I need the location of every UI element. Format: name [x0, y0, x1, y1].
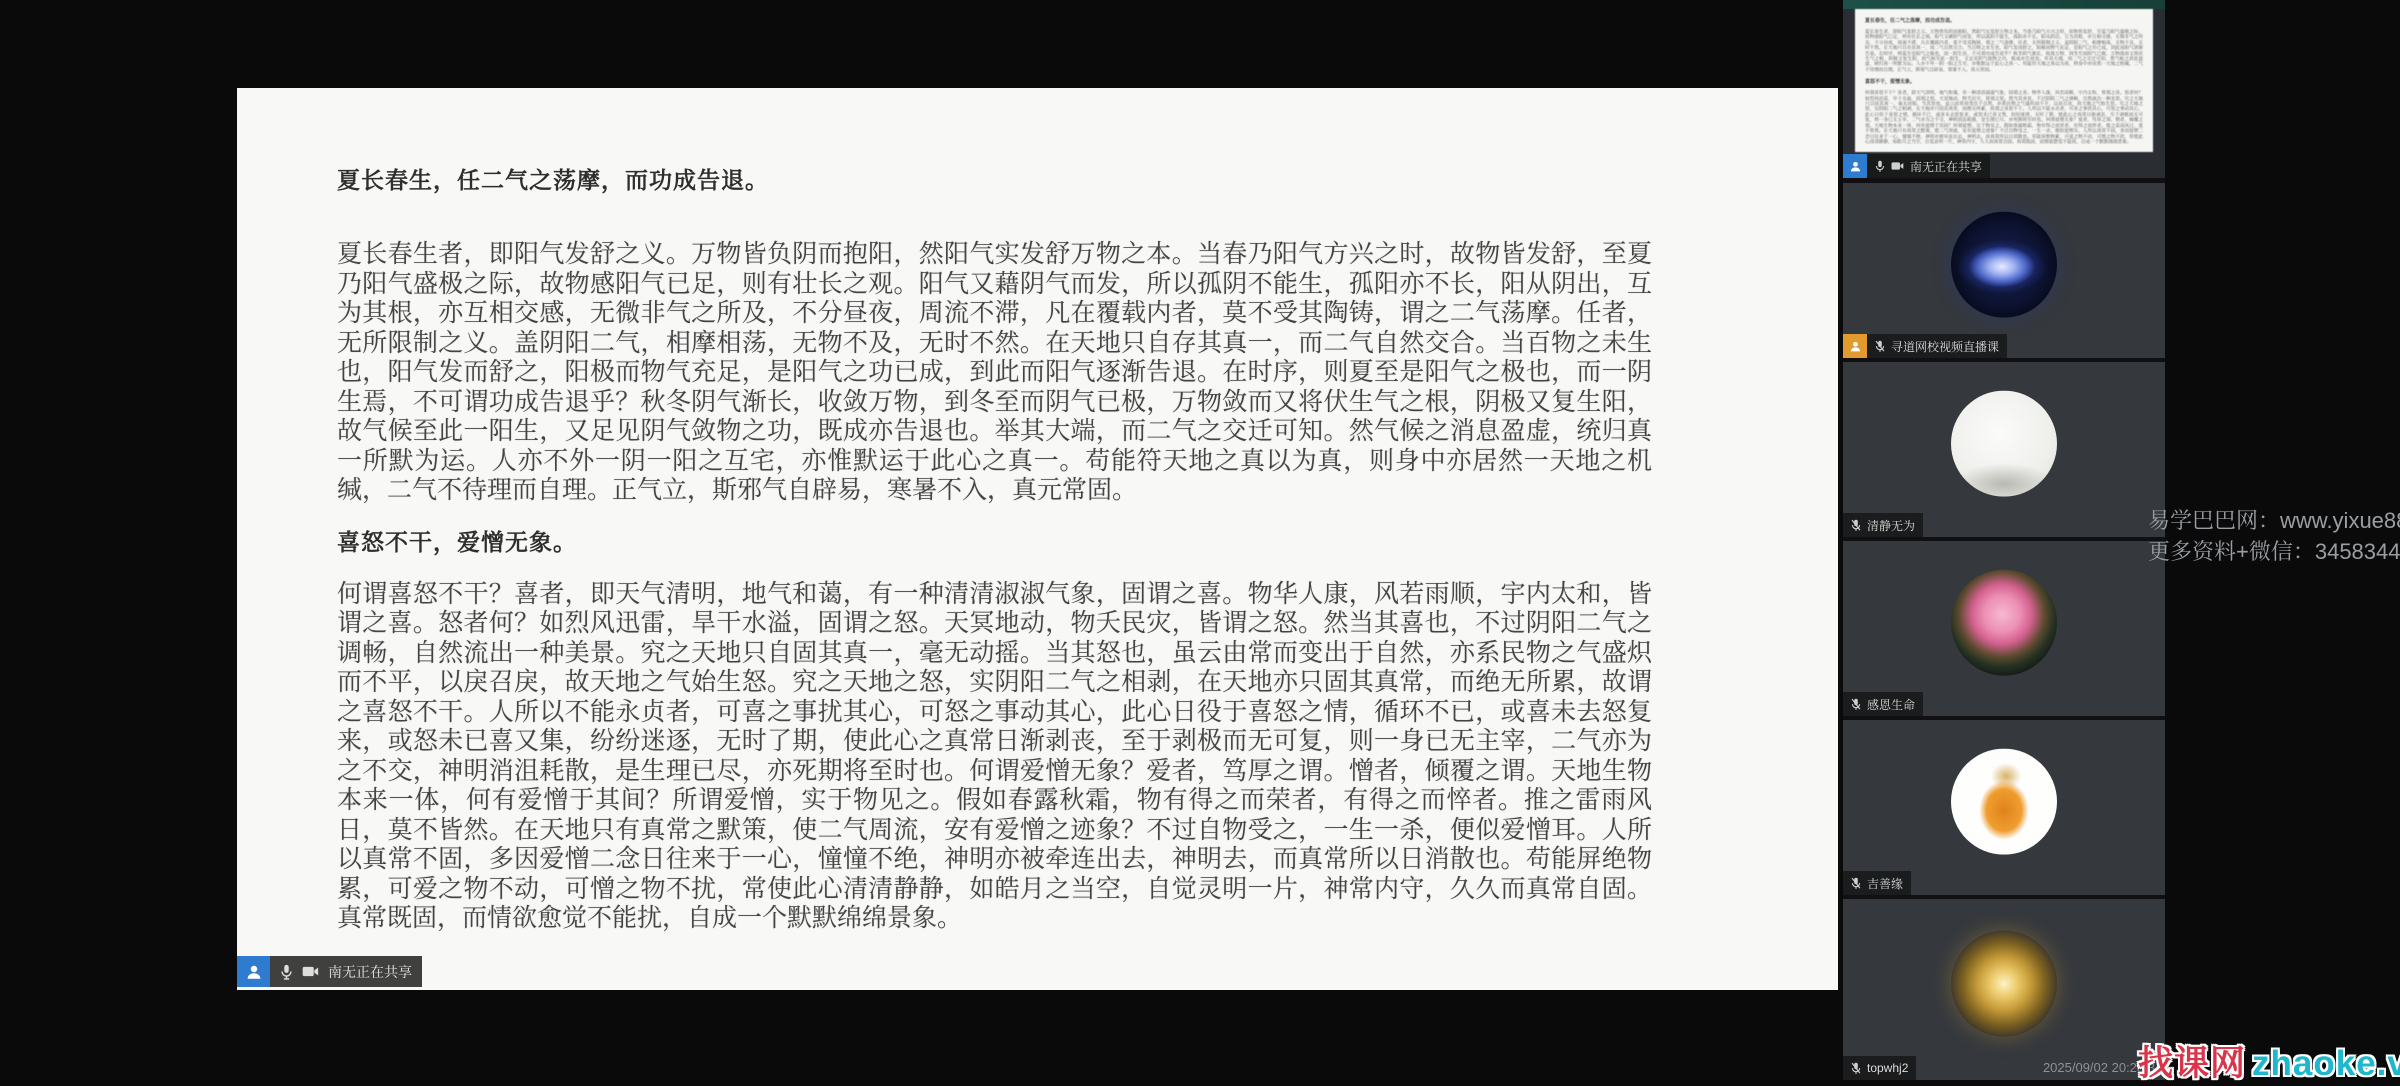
- doc-heading-2: 喜怒不干，爱憎无象。: [337, 528, 1652, 558]
- person-icon: [245, 963, 263, 981]
- shared-screen-thumbnail: 夏长春生，任二气之荡摩，而功成告退。 夏长春生者，即阳气发舒之义。万物皆负阴而抱…: [1855, 9, 2153, 152]
- participant-avatar: [1951, 748, 2057, 854]
- preview-presenter-tag: 南无正在共享: [1843, 154, 1990, 178]
- participant-name: topwhj2: [1867, 1061, 1908, 1075]
- participant-tile[interactable]: 清静无为: [1843, 362, 2165, 537]
- sharing-status-label: 南无正在共享: [328, 962, 412, 982]
- muted-mic-icon: [1851, 877, 1861, 890]
- shared-screen-preview-tile[interactable]: 夏长春生，任二气之荡摩，而功成告退。 夏长春生者，即阳气发舒之义。万物皆负阴而抱…: [1843, 0, 2165, 178]
- zhaoke-watermark-cn: 找课网: [2138, 1044, 2246, 1080]
- zhaoke-watermark: 找课网zhaoke.vip: [2138, 1036, 2400, 1080]
- preview-presenter-label: 南无正在共享: [1910, 158, 1982, 175]
- muted-mic-icon: [1875, 340, 1885, 353]
- participant-name: 吉善缘: [1867, 875, 1903, 892]
- participant-avatar: [1951, 211, 2057, 317]
- participant-tile[interactable]: 吉善缘: [1843, 720, 2165, 895]
- camera-icon: [302, 965, 319, 978]
- mini-paragraph-1: 夏长春生者，即阳气发舒之义。万物皆负阴而抱阳，然阳气实发舒万物之本。当春乃阳气方…: [1865, 29, 2143, 72]
- mini-heading-2: 喜怒不干，爱憎无象。: [1865, 78, 2143, 85]
- participant-name: 寻道网校视频直播课: [1891, 338, 1999, 355]
- preview-toolbar-strip: [1843, 0, 2165, 9]
- participant-tile[interactable]: 寻道网校视频直播课: [1843, 183, 2165, 358]
- presenter-status-bar[interactable]: 南无正在共享: [237, 956, 422, 987]
- camera-icon: [1891, 161, 1904, 171]
- microphone-icon: [280, 964, 293, 980]
- site-watermark: 易学巴巴网：www.yixue88.cn 更多资料+微信：3458344044: [2148, 505, 2400, 567]
- participant-name: 清静无为: [1867, 517, 1915, 534]
- person-icon: [1849, 160, 1862, 173]
- shared-screen-document: 夏长春生，任二气之荡摩，而功成告退。 夏长春生者，即阳气发舒之义。万物皆负阴而抱…: [237, 88, 1838, 990]
- participant-name: 感恩生命: [1867, 696, 1915, 713]
- mini-paragraph-2: 何谓喜怒不干？喜者，即天气清明，地气和蔼，有一种清清淑淑气象，固谓之喜。物华人康…: [1865, 90, 2143, 144]
- mini-heading-1: 夏长春生，任二气之荡摩，而功成告退。: [1865, 17, 2143, 24]
- presenter-badge: [1843, 154, 1867, 178]
- muted-mic-icon: [1851, 519, 1861, 532]
- person-icon: [1849, 340, 1862, 353]
- microphone-icon: [1875, 160, 1885, 173]
- participant-avatar: [1951, 569, 2057, 675]
- zhaoke-watermark-en: zhaoke.vip: [2252, 1044, 2400, 1080]
- muted-mic-icon: [1851, 698, 1861, 711]
- doc-paragraph-2: 何谓喜怒不干？喜者，即天气清明，地气和蔼，有一种清清淑淑气象，固谓之喜。物华人康…: [337, 580, 1652, 934]
- participant-avatar: [1951, 930, 2057, 1036]
- doc-paragraph-1: 夏长春生者，即阳气发舒之义。万物皆负阴而抱阳，然阳气实发舒万物之本。当春乃阳气方…: [337, 240, 1652, 506]
- site-watermark-line1: 易学巴巴网：www.yixue88.cn: [2148, 505, 2400, 536]
- meeting-window: 夏长春生，任二气之荡摩，而功成告退。 夏长春生者，即阳气发舒之义。万物皆负阴而抱…: [0, 0, 2400, 1080]
- participant-avatar: [1951, 390, 2057, 496]
- participant-tile[interactable]: topwhj2 2025/09/02 20:28:3: [1843, 899, 2165, 1080]
- participants-sidebar: 夏长春生，任二气之荡摩，而功成告退。 夏长春生者，即阳气发舒之义。万物皆负阴而抱…: [1843, 0, 2165, 1080]
- muted-mic-icon: [1851, 1062, 1861, 1075]
- doc-heading-1: 夏长春生，任二气之荡摩，而功成告退。: [337, 166, 1652, 196]
- presenter-badge: [237, 956, 270, 987]
- site-watermark-line2: 更多资料+微信：3458344044: [2148, 536, 2400, 567]
- host-badge: [1843, 334, 1867, 358]
- participant-tile[interactable]: 感恩生命: [1843, 541, 2165, 716]
